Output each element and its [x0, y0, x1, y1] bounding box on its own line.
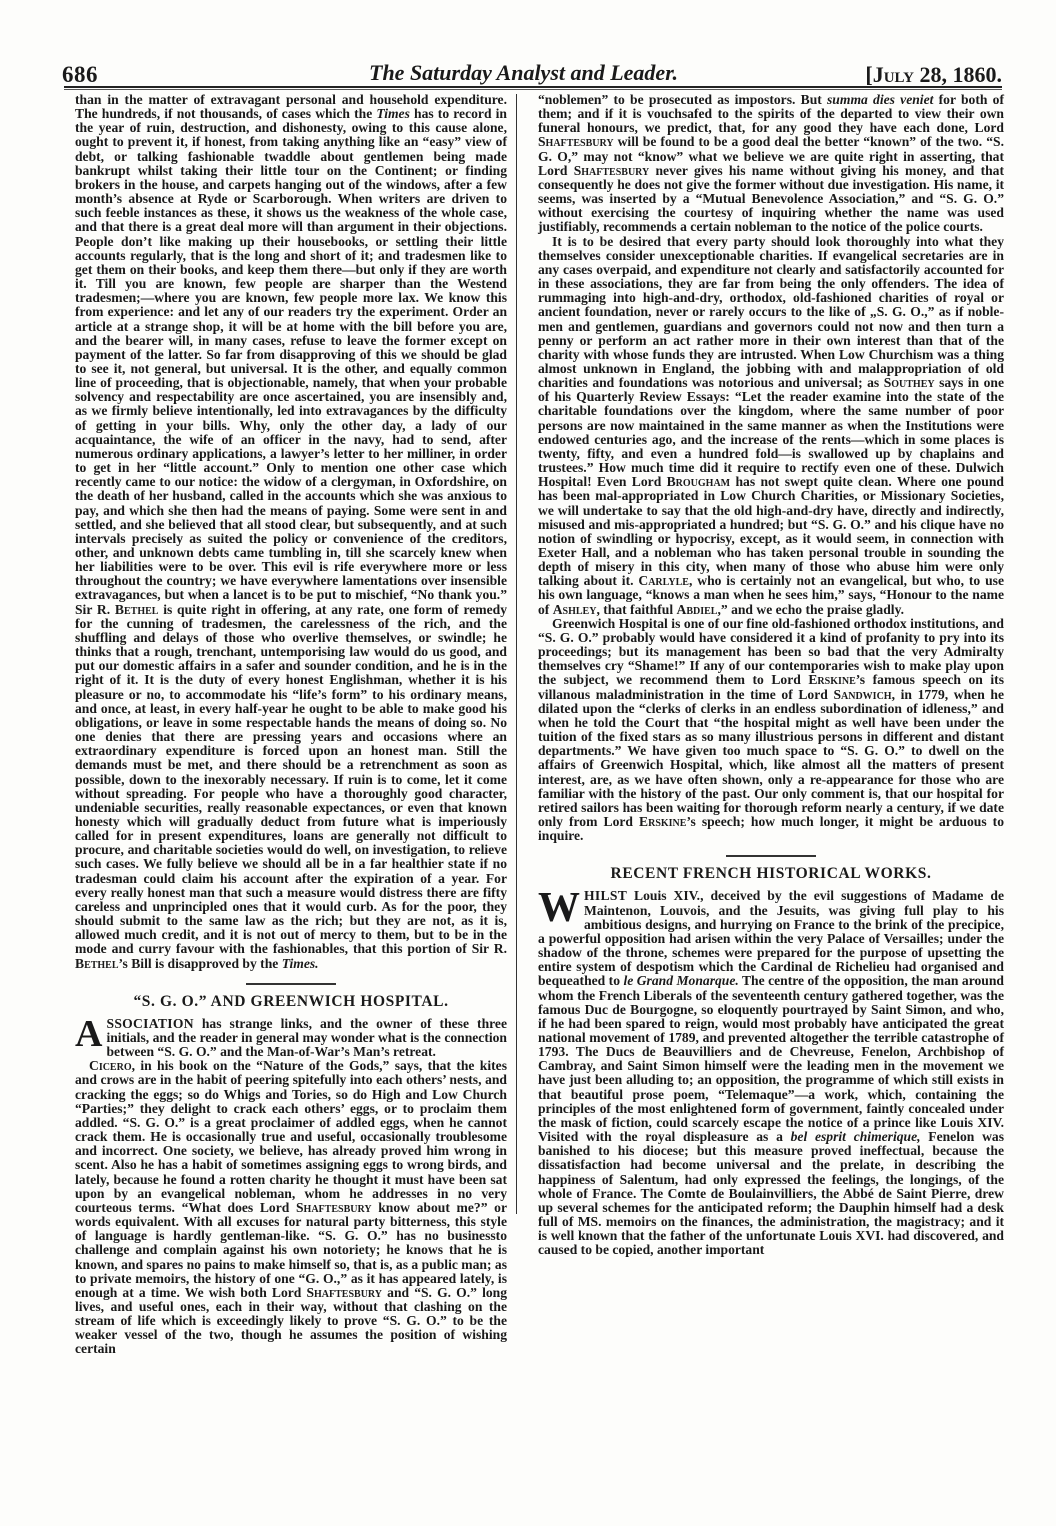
latin-phrase: summa dies veniet: [827, 92, 933, 107]
article-paragraph: It is to be desired that every party sho…: [538, 235, 1004, 617]
article-paragraph: “noblemen” to be prosecuted as impostors…: [538, 93, 1004, 235]
section-divider: [726, 855, 816, 857]
article-paragraph: Cicero, in his book on the “Nature of th…: [75, 1059, 507, 1356]
date-bracket: [: [865, 62, 872, 87]
section-divider: [246, 983, 336, 985]
name-ashley: Ashley: [553, 602, 597, 617]
times-reference: Times: [376, 106, 409, 121]
name-shaftesbury: Shaftesbury: [306, 1285, 382, 1300]
french-phrase: bel esprit chimerique,: [791, 1129, 921, 1144]
newspaper-page: 686 The Saturday Analyst and Leader. [Ju…: [0, 0, 1056, 1526]
page-header: 686 The Saturday Analyst and Leader. [Ju…: [62, 52, 1002, 88]
column-divider: [516, 94, 517, 1214]
name-cicero: Cicero: [89, 1058, 132, 1073]
name-carlyle: Carlyle: [638, 573, 689, 588]
issue-date: [July 28, 1860.: [865, 62, 1002, 88]
date-day-year: 28, 1860.: [914, 62, 1002, 87]
section-heading-sgo-greenwich: “S. G. O.” AND GREENWICH HOSPITAL.: [75, 995, 507, 1009]
name-shaftesbury: Shaftesbury: [538, 134, 614, 149]
publication-title: The Saturday Analyst and Leader.: [369, 60, 678, 86]
left-column: than in the matter of extravagant person…: [75, 93, 507, 1357]
name-erskine: Erskine: [639, 814, 686, 829]
article-paragraph: Greenwich Hospital is one of our fine ol…: [538, 617, 1004, 844]
article-paragraph: WHILST Louis XIV., deceived by the evil …: [538, 889, 1004, 1257]
name-bethel: Bethel: [115, 602, 159, 617]
name-shaftesbury: Shaftesbury: [574, 163, 650, 178]
times-reference: Times.: [282, 956, 319, 971]
article-paragraph: ASSOCIATION has strange links, and the o…: [75, 1017, 507, 1059]
name-abdiel: Abdiel: [677, 602, 718, 617]
name-bethel: Bethel: [75, 956, 119, 971]
date-month: July: [873, 62, 914, 87]
article-paragraph: than in the matter of extravagant person…: [75, 93, 507, 971]
header-rule-thin: [64, 89, 1002, 90]
drop-cap: W: [538, 889, 584, 925]
name-sandwich: Sandwich: [833, 687, 891, 702]
name-brougham: Brougham: [667, 474, 731, 489]
french-phrase: le Grand Monarque.: [623, 973, 738, 988]
name-shaftesbury: Shaftesbury: [296, 1200, 372, 1215]
name-erskine: Erskine: [808, 672, 855, 687]
drop-cap: A: [75, 1017, 106, 1049]
right-column: “noblemen” to be prosecuted as impostors…: [538, 93, 1004, 1258]
header-rule: [64, 86, 1002, 88]
section-heading-french-works: RECENT FRENCH HISTORICAL WORKS.: [538, 867, 1004, 881]
name-southey: Southey: [884, 375, 935, 390]
page-number: 686: [62, 62, 98, 88]
